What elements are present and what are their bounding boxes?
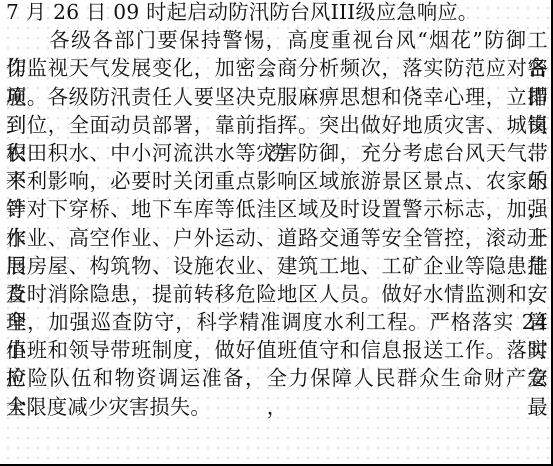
text-line: 各级各部门要保持警惕，高度重视台风“烟花”防御工作。密 xyxy=(6,26,548,54)
text-line: 作业、高空作业、户外运动、道路交通等安全管控，滚动开展危 xyxy=(6,224,548,252)
document-body: 7 月 26 日 09 时起启动防汛防台风III级应急响应。 各级各部门要保持警… xyxy=(6,0,548,421)
text-line: 理，加强巡查防守，科学精准调度水利工程。严格落实 24 小时 xyxy=(6,308,548,336)
text-line: 7 月 26 日 09 时起启动防汛防台风III级应急响应。 xyxy=(6,0,548,26)
text-line: 及时消除隐患，提前转移危险地区人员。做好水情监测和安全管 xyxy=(6,280,548,308)
document-page: 7 月 26 日 09 时起启动防汛防台风III级应急响应。 各级各部门要保持警… xyxy=(0,0,553,466)
text-line: 抢险队伍和物资调运准备，全力保障人民群众生命财产安全，最 xyxy=(6,364,548,392)
text-line: 施。各级防汛责任人要坚决克服麻痹思想和侥幸心理，立即到岗 xyxy=(6,83,548,111)
text-line: 针对下穿桥、地下车库等低洼区域及时设置警示标志，加强水上 xyxy=(6,195,548,223)
text-line: 不利影响，必要时关闭重点影响区域旅游景区景点、农家乐等， xyxy=(6,167,548,195)
text-line: 值班和领导带班制度，做好值班值守和信息报送工作。落实应急 xyxy=(6,336,548,364)
text-line: 农田积水、中小河流洪水等灾害防御，充分考虑台风天气带来的 xyxy=(6,139,548,167)
text-line: 旧房屋、构筑物、设施农业、建筑工地、工矿企业等隐患排查， xyxy=(6,252,548,280)
text-line: 到位，全面动员部署，靠前指挥。突出做好地质灾害、城镇积涝、 xyxy=(6,111,548,139)
text-line: 切监视天气发展变化，加密会商分析频次，落实防范应对各项措 xyxy=(6,54,548,82)
